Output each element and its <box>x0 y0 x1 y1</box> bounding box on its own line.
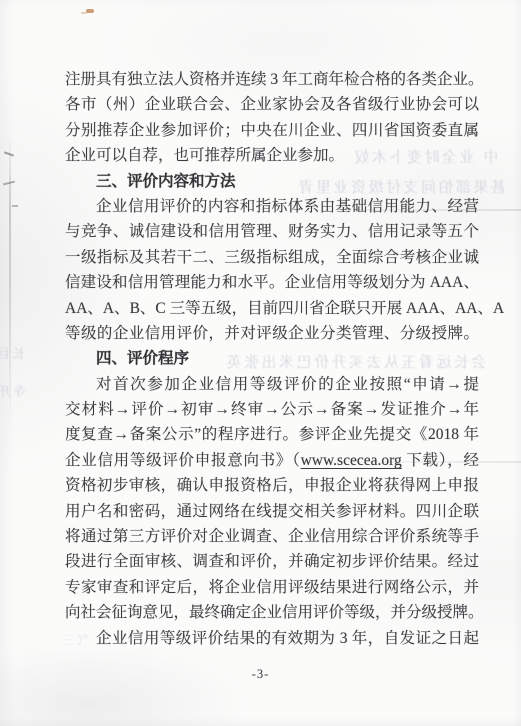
text-line: 信建设和信用管理能力和水平。企业信用等级划分为 AAA、 <box>65 270 479 295</box>
text-line: 将通过第三方评价对企业调查、企业信用综合评价系统等手 <box>65 524 479 549</box>
text-line: 分别推荐企业参加评价；中央在川企业、四川省国资委直属 <box>65 118 479 143</box>
text-line: 企业信用等级评价结果的有效期为 3 年，自发证之日起 <box>65 626 479 651</box>
text-line: 企业可以自荐，也可推荐所属企业参加。 <box>65 143 479 168</box>
text-line: 向社会征询意见，最终确定企业信用评价等级，并分级授牌。 <box>65 600 479 625</box>
text-line: 交材料→评价→初审→终审→公示→备案→发证推介→年 <box>65 397 479 422</box>
text-line: 一级指标及其若干二、三级指标组成，全面综合考核企业诚 <box>65 245 479 270</box>
text-line: 专家审查和评定后，将企业信用评级结果进行网络公示，并 <box>65 575 479 600</box>
section-heading-4: 四、评价程序 <box>65 346 479 371</box>
body-text: 注册具有独立法人资格并连续 3 年工商年检合格的各类企业。 各市（州）企业联合会… <box>65 67 479 651</box>
text-line: 企业信用评价的内容和指标体系由基础信用能力、经营 <box>65 194 479 219</box>
text-line: 用户名和密码，通过网络在线提交相关参评材料。四川企联 <box>65 499 479 524</box>
link-post-text: 下载），经 <box>402 452 479 469</box>
bleed-through-text: 寺开 <box>0 381 27 400</box>
page-number: -3- <box>0 667 521 682</box>
section-heading-3: 三、评价内容和方法 <box>65 169 479 194</box>
text-line: 段进行全面审核、调查和评价，并确定初步评价结果。经过 <box>65 549 479 574</box>
text-line: 与竞争、诚信建设和信用管理、财务实力、信用记录等五个 <box>65 219 479 244</box>
crease-mark <box>12 205 18 207</box>
website-url: www.scecea.org <box>301 452 402 469</box>
text-line-with-link: 企业信用等级评价申报意向书》（www.scecea.org 下载），经 <box>65 448 479 473</box>
bleed-through-text: 长巨 <box>0 343 25 362</box>
scanned-document-page: 中 业全时变卜木奴 甚果部怕问支付级资业里青 会长远看玉从去买升价巴米出张英 长… <box>0 0 521 726</box>
text-line: 各市（州）企业联合会、企业家协会及各省级行业协会可以 <box>65 92 479 117</box>
text-line: 资格初步审核，确认申报资格后，申报企业将获得网上申报 <box>65 473 479 498</box>
link-pre-text: 企业信用等级评价申报意向书》（ <box>65 452 301 469</box>
text-line: 注册具有独立法人资格并连续 3 年工商年检合格的各类企业。 <box>65 67 479 92</box>
text-line: 对首次参加企业信用等级评价的企业按照“申请→提 <box>65 372 479 397</box>
paper-crease <box>9 135 11 425</box>
stain-speck <box>86 9 94 13</box>
text-line: AA、A、B、C 三等五级，目前四川省企联只开展 AAA、AA、A <box>65 296 479 321</box>
text-line: 等级的企业信用评价，并对评级企业分类管理、分级授牌。 <box>65 321 479 346</box>
text-line: 度复查→备案公示”的程序进行。参评企业先提交《2018 年 <box>65 422 479 447</box>
